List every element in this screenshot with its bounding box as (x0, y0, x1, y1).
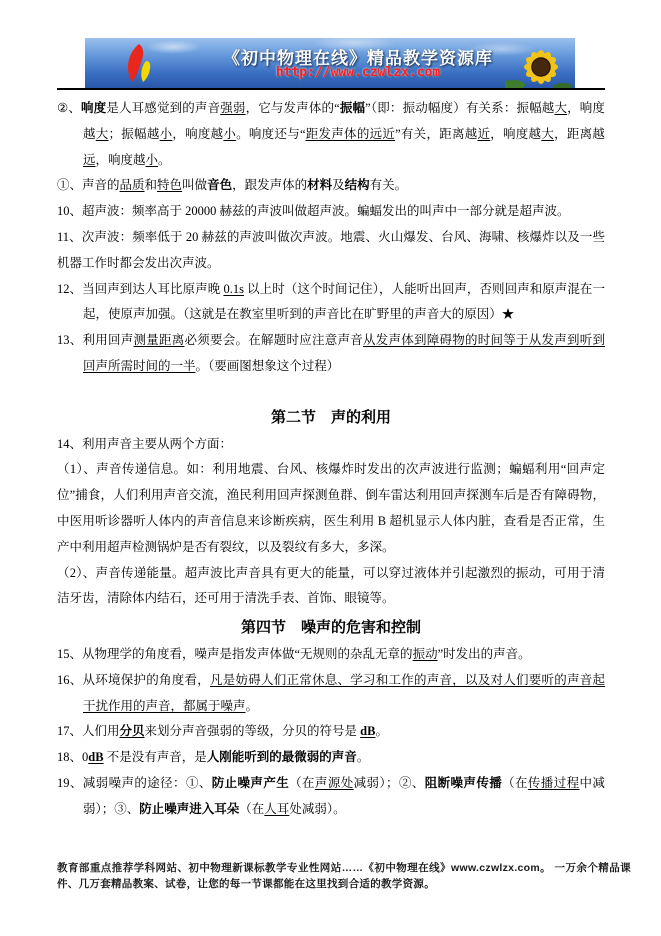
text-run: 音色 (207, 178, 232, 192)
footer-note: 教育部重点推荐学科网站、初中物理新课标教学专业性网站……《初中物理在线》www.… (57, 861, 631, 892)
paragraph: 14、利用声音主要从两个方面： (57, 432, 605, 458)
text-run: （2）、声音传递能量。超声波比声音具有更大的能量，可以穿过液体并引起激烈的振动，… (57, 566, 605, 606)
text-run: 15、从物理学的角度看，噪声是指发声体做“无规则的杂乱无章的 (57, 647, 413, 661)
section-heading: 第二节 声的利用 (57, 406, 605, 432)
text-run: 小 (223, 127, 236, 141)
text-run: 16、从环境保护的角度看， (57, 673, 210, 687)
paragraph: ②、响度是人耳感觉到的声音强弱，它与发声体的“振幅”（即：振动幅度）有关系：振幅… (57, 96, 605, 173)
text-run: 是人耳感觉到的声音 (106, 101, 220, 115)
text-run: 远 (83, 153, 96, 167)
text-run: 。（要画图想象这个过程） (196, 359, 340, 373)
text-run: 有关。 (370, 178, 408, 192)
text-run: 17、人们用 (57, 724, 120, 738)
text-run: 0.1s (223, 282, 244, 296)
text-run: 结构 (345, 178, 370, 192)
paragraph: 17、人们用分贝来划分声音强弱的等级，分贝的符号是 dB。 (57, 719, 605, 745)
paragraph: 13、利用回声测量距离必须要会。在解题时应注意声音从发声体到障碍物的时间等于从发… (57, 328, 605, 380)
text-run: 距发声体的远近 (306, 127, 396, 141)
text-run: （在 (502, 776, 528, 790)
paragraph: ①、声音的品质和特色叫做音色，跟发声体的材料及结构有关。 (57, 173, 605, 199)
header-divider (57, 88, 605, 90)
text-run: 测量距离 (134, 333, 185, 347)
sunflower-icon (505, 44, 571, 88)
text-run: ；振幅越 (109, 127, 160, 141)
text-run: 必须要会。在解题时应注意声音 (185, 333, 363, 347)
text-run: 。 (375, 724, 388, 738)
text-run: 人耳 (264, 802, 289, 816)
text-run: 强弱 (220, 101, 245, 115)
text-run: （在 (289, 776, 315, 790)
text-run: 声源处 (315, 776, 354, 790)
text-run: 12、当回声到达人耳比原声晚 (57, 282, 223, 296)
text-run: 11、次声波：频率低于 20 赫兹的声波叫做次声波。地震、火山爆发、台风、海啸、… (57, 230, 605, 270)
text-run: 阻断噪声传播 (425, 776, 502, 790)
text-run: ，响度越 (490, 127, 541, 141)
text-run: ”时发出的声音。 (438, 647, 531, 661)
text-run: 传播过程 (528, 776, 580, 790)
text-run: 小 (160, 127, 173, 141)
text-run: 大 (541, 127, 554, 141)
text-run: ，响度越 (96, 153, 146, 167)
paragraph: （1）、声音传递信息。如：利用地震、台风、核爆炸时发出的次声波进行监测；蝙蝠利用… (57, 457, 605, 560)
text-run: 特色 (157, 178, 182, 192)
text-run: 防止噪声产生 (212, 776, 289, 790)
text-run: 人刚能听到的最微弱的声音 (207, 750, 357, 764)
text-run: dB (360, 724, 375, 738)
document-page: 《初中物理在线》精品教学资源库 http://www.czwlzx.com ②、… (0, 0, 661, 936)
text-run: 。 (357, 750, 370, 764)
paragraph: 18、0dB 不是没有声音，是人刚能听到的最微弱的声音。 (57, 745, 605, 771)
text-run: 14、利用声音主要从两个方面： (57, 437, 232, 451)
physics-online-logo-icon (117, 42, 161, 86)
text-run: 减弱）；②、 (354, 776, 425, 790)
text-run: （1）、声音传递信息。如：利用地震、台风、核爆炸时发出的次声波进行监测；蝙蝠利用… (57, 462, 605, 553)
text-run: ”有关，距离越 (395, 127, 477, 141)
text-run: （在 (239, 802, 264, 816)
text-run: 处减弱）。 (289, 802, 345, 816)
section-heading: 第四节 噪声的危害和控制 (57, 616, 605, 642)
text-run: ，跟发声体的 (232, 178, 307, 192)
paragraph: 15、从物理学的角度看，噪声是指发声体做“无规则的杂乱无章的振动”时发出的声音。 (57, 642, 605, 668)
text-run: 来划分声音强弱的等级，分贝的符号是 (145, 724, 361, 738)
text-run: 品质 (120, 178, 145, 192)
text-run: 响度 (81, 101, 106, 115)
text-run: 大 (96, 127, 109, 141)
text-run: 不是没有声音，是 (104, 750, 207, 764)
text-run: 分贝 (120, 724, 145, 738)
text-run: 材料 (307, 178, 332, 192)
paragraph: 12、当回声到达人耳比原声晚 0.1s 以上时（这个时间记住），人能听出回声，否… (57, 277, 605, 329)
text-run: 和 (145, 178, 158, 192)
text-run: ①、声音的 (57, 178, 120, 192)
text-run: 近 (478, 127, 491, 141)
text-run: 及 (332, 178, 345, 192)
text-run: 13、利用回声 (57, 333, 134, 347)
text-run: ，距离越 (554, 127, 605, 141)
text-run: 19、减弱噪声的途径：①、 (57, 776, 212, 790)
text-run: ，它与发声体的“ (246, 101, 340, 115)
text-run: ，响度越 (172, 127, 223, 141)
banner-url: http://www.czwlzx.com (233, 65, 483, 80)
paragraph: 10、超声波：频率高于 20000 赫兹的声波叫做超声波。蝙蝠发出的叫声中一部分… (57, 199, 605, 225)
paragraph: 11、次声波：频率低于 20 赫兹的声波叫做次声波。地震、火山爆发、台风、海啸、… (57, 225, 605, 277)
text-run: 。响度还与“ (236, 127, 305, 141)
text-run: 。 (246, 699, 259, 713)
text-run: 大 (554, 101, 567, 115)
text-run: dB (88, 750, 103, 764)
text-run: ②、 (57, 101, 81, 115)
banner-image: 《初中物理在线》精品教学资源库 http://www.czwlzx.com (85, 38, 575, 88)
paragraph: 16、从环境保护的角度看，凡是妨碍人们正常休息、学习和工作的声音，以及对人们要听… (57, 668, 605, 720)
text-run: ”（即：振动幅度）有关系：振幅越 (365, 101, 554, 115)
text-run: 18、0 (57, 750, 88, 764)
text-run: 小 (146, 153, 159, 167)
text-run: 第四节 噪声的危害和控制 (241, 620, 421, 636)
text-run: 叫做 (182, 178, 207, 192)
text-run: 振动 (413, 647, 438, 661)
document-body: ②、响度是人耳感觉到的声音强弱，它与发声体的“振幅”（即：振动幅度）有关系：振幅… (57, 96, 605, 823)
paragraph: （2）、声音传递能量。超声波比声音具有更大的能量，可以穿过液体并引起激烈的振动，… (57, 561, 605, 613)
text-run: 振幅 (340, 101, 365, 115)
text-run: 第二节 声的利用 (271, 410, 391, 426)
text-run: 防止噪声进入耳朵 (139, 802, 239, 816)
text-run: 。 (158, 153, 171, 167)
text-run: 10、超声波：频率高于 20000 赫兹的声波叫做超声波。蝙蝠发出的叫声中一部分… (57, 204, 570, 218)
paragraph: 19、减弱噪声的途径：①、防止噪声产生（在声源处减弱）；②、阻断噪声传播（在传播… (57, 771, 605, 823)
